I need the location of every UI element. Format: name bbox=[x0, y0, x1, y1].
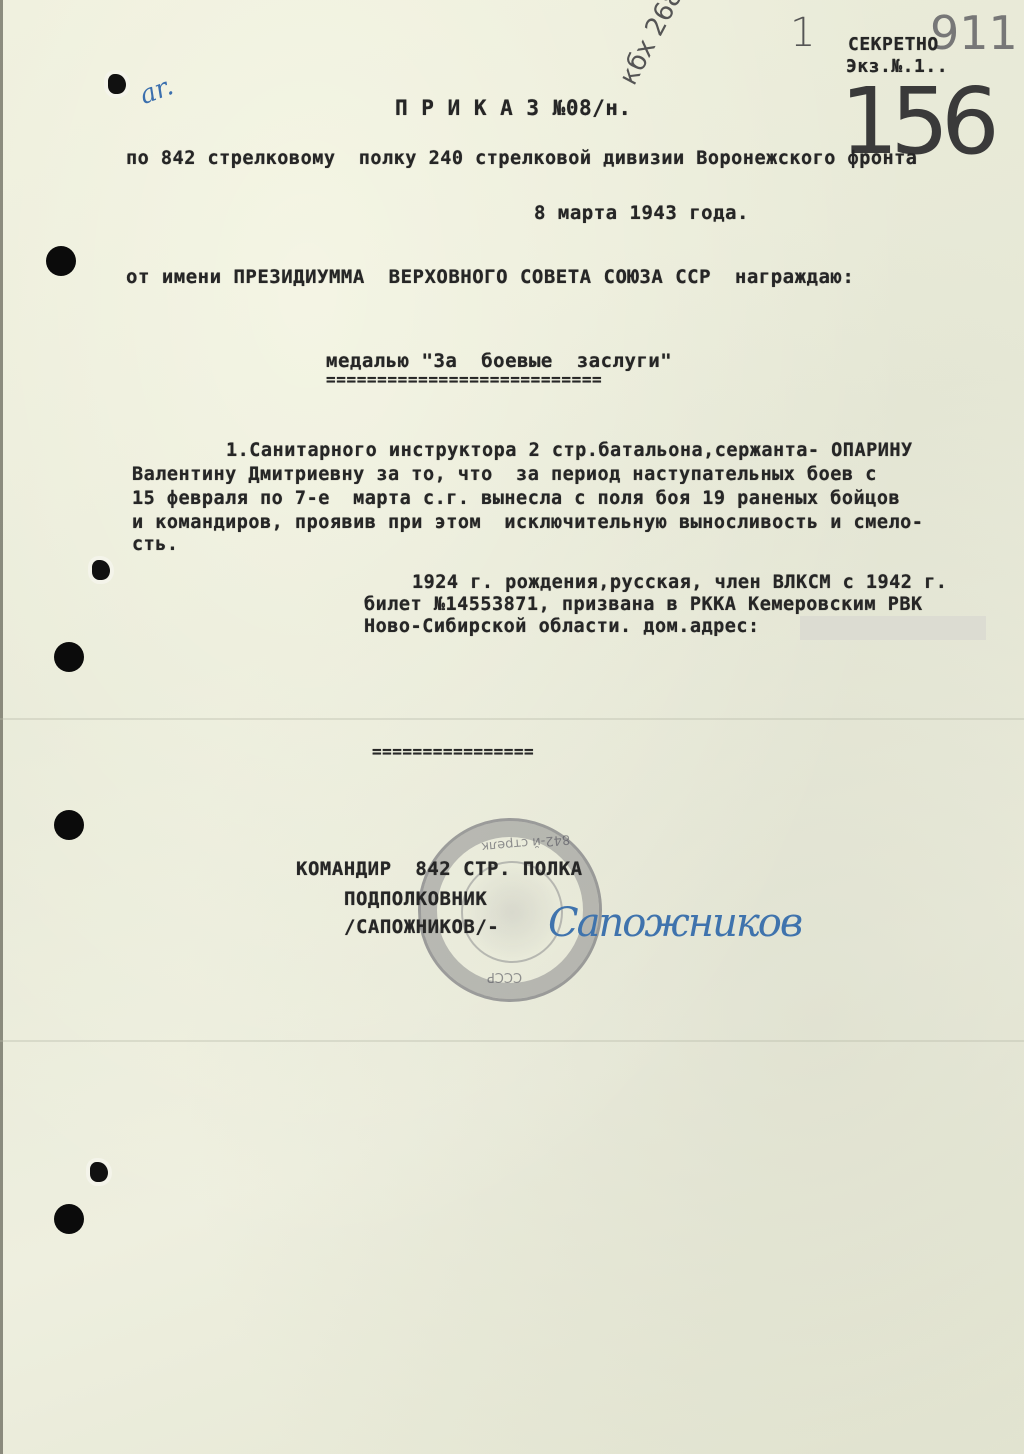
blue-ink-note: ar. bbox=[136, 71, 178, 111]
torn-hole bbox=[108, 74, 126, 94]
stamp-top-text: 842-й стрелк bbox=[481, 831, 571, 854]
document-title: П Р И К А З №08/н. bbox=[395, 96, 632, 120]
citation-line: 15 февраля по 7-е марта с.г. вынесла с п… bbox=[132, 488, 900, 509]
bio-line: 1924 г. рождения,русская, член ВЛКСМ с 1… bbox=[412, 572, 947, 593]
document-date: 8 марта 1943 года. bbox=[534, 202, 749, 224]
citation-line: 1.Санитарного инструктора 2 стр.батальон… bbox=[226, 440, 913, 461]
citation-line: сть. bbox=[132, 534, 179, 555]
separator-line: ================ bbox=[372, 742, 534, 761]
punch-hole bbox=[46, 246, 76, 276]
pencil-mark: 1 bbox=[790, 10, 815, 56]
torn-hole bbox=[92, 560, 110, 580]
punch-hole bbox=[54, 810, 84, 840]
signatory-rank: ПОДПОЛКОВНИК bbox=[344, 888, 487, 910]
signatory-position: КОМАНДИР 842 СТР. ПОЛКА bbox=[296, 858, 583, 880]
signatory-name: /САПОЖНИКОВ/- bbox=[344, 916, 499, 938]
stamp-bottom-text: СССР bbox=[487, 969, 522, 984]
citation-line: Валентину Дмитриевну за то, что за перио… bbox=[132, 464, 877, 485]
award-underline: =========================== bbox=[326, 370, 602, 389]
copy-number: Экз.№.1.. bbox=[846, 56, 948, 77]
torn-hole bbox=[90, 1162, 108, 1182]
award-name: медалью "За боевые заслуги" bbox=[326, 350, 672, 372]
preamble: от имени ПРЕЗИДИУММА ВЕРХОВНОГО СОВЕТА С… bbox=[126, 266, 854, 288]
paper-fold bbox=[0, 1040, 1024, 1042]
document-subtitle: по 842 стрелковому полку 240 стрелковой … bbox=[126, 148, 917, 169]
handwritten-signature: Сапожников bbox=[548, 900, 801, 946]
classification-label: СЕКРЕТНО bbox=[848, 34, 939, 55]
punch-hole bbox=[54, 642, 84, 672]
paper-edge bbox=[0, 0, 3, 1454]
paper-fold bbox=[0, 718, 1024, 720]
pencil-corner-number: 911 bbox=[930, 6, 1018, 60]
punch-hole bbox=[54, 1204, 84, 1234]
bio-line: билет №14553871, призвана в РККА Кемеров… bbox=[364, 594, 923, 615]
pencil-archive-number: кбх 2684 bbox=[614, 0, 698, 90]
bio-line: Ново-Сибирской области. дом.адрес: bbox=[364, 616, 760, 637]
citation-line: и командиров, проявив при этом исключите… bbox=[132, 512, 923, 533]
redacted-address bbox=[800, 616, 986, 640]
